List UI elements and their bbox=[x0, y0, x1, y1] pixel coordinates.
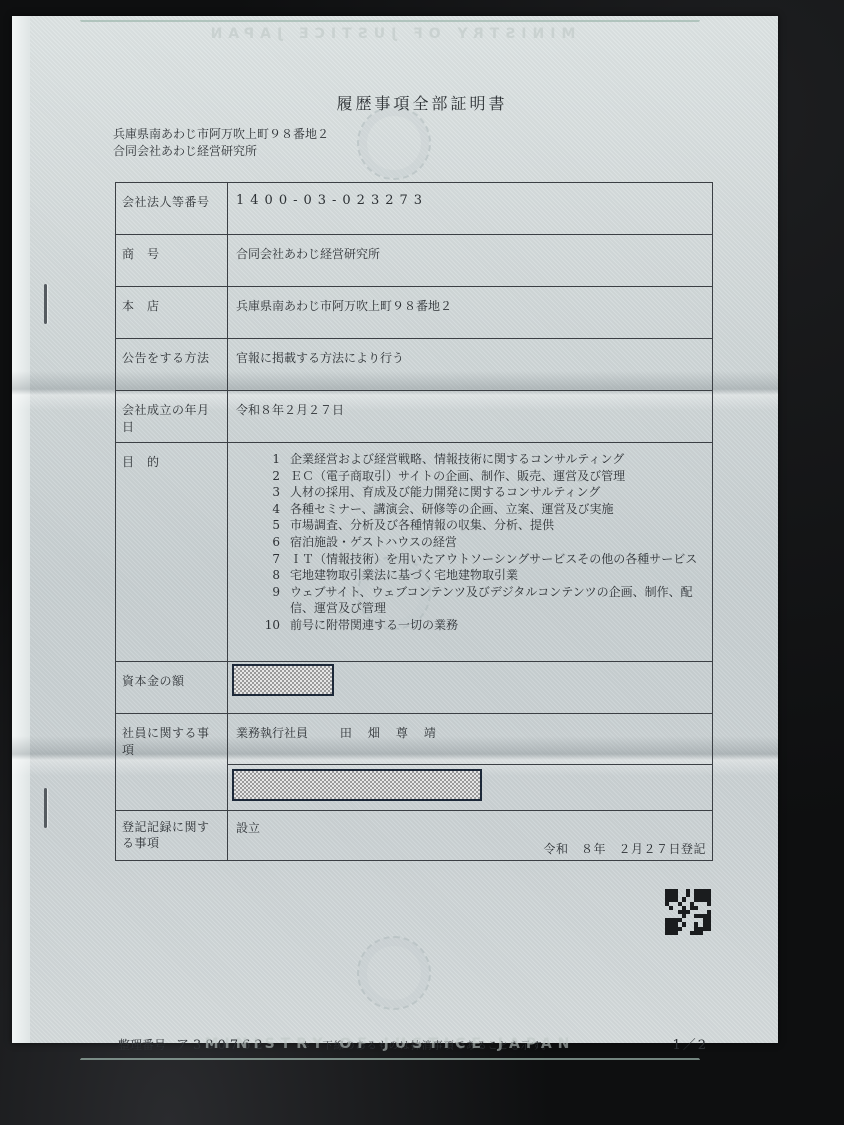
table-row: 会社成立の年月日 令和８年２月２７日 bbox=[116, 391, 713, 443]
table-row: 会社法人等番号 1400-03-023273 bbox=[116, 183, 713, 235]
capital-cell bbox=[228, 662, 713, 714]
member-entry-redacted bbox=[228, 765, 713, 811]
purpose-text: ＩＴ（情報技術）を用いたアウトソーシングサービスその他の各種サービス bbox=[290, 551, 704, 568]
member-entry: 業務執行社員 田 畑 尊 靖 bbox=[228, 714, 713, 765]
purpose-text: 企業経営および経営戦略、情報技術に関するコンサルティング bbox=[290, 451, 704, 468]
purpose-text: 人材の採用、育成及び能力開発に関するコンサルティング bbox=[290, 484, 704, 501]
purpose-item: 7ＩＴ（情報技術）を用いたアウトソーシングサービスその他の各種サービス bbox=[254, 551, 704, 568]
purpose-text: ＥＣ（電子商取引）サイトの企画、制作、販売、運営及び管理 bbox=[290, 468, 704, 485]
registry-value: 設立 bbox=[236, 819, 706, 836]
table-row: 登記記録に関する事項 設立 令和 ８年 ２月２７日登記 bbox=[116, 811, 713, 861]
purpose-text: 前号に附帯関連する一切の業務 bbox=[290, 617, 704, 634]
table-row: 本 店 兵庫県南あわじ市阿万吹上町９８番地２ bbox=[116, 287, 713, 339]
redacted-capital-amount bbox=[232, 664, 334, 696]
purpose-label: 目 的 bbox=[116, 443, 228, 662]
members-label: 社員に関する事項 bbox=[116, 714, 228, 811]
public-notice-value: 官報に掲載する方法により行う bbox=[228, 339, 713, 391]
purpose-number: 4 bbox=[254, 501, 290, 518]
staple-mark bbox=[44, 788, 47, 828]
purpose-item: 6宿泊施設・ゲストハウスの経営 bbox=[254, 534, 704, 551]
purpose-number: 7 bbox=[254, 551, 290, 568]
trade-name-value: 合同会社あわじ経営研究所 bbox=[228, 235, 713, 287]
redacted-member-info bbox=[232, 769, 482, 801]
purpose-item: 8宅地建物取引業法に基づく宅地建物取引業 bbox=[254, 567, 704, 584]
corp-number-value: 1400-03-023273 bbox=[228, 183, 713, 235]
purpose-item: 5市場調査、分析及び各種情報の収集、分析、提供 bbox=[254, 517, 704, 534]
document-title: 履歴事項全部証明書 bbox=[0, 91, 844, 114]
paper-fold-edge bbox=[12, 16, 30, 1043]
registry-date: 令和 ８年 ２月２７日登記 bbox=[236, 840, 706, 857]
purpose-item: 2ＥＣ（電子商取引）サイトの企画、制作、販売、運営及び管理 bbox=[254, 468, 704, 485]
purpose-text: 市場調査、分析及び各種情報の収集、分析、提供 bbox=[290, 517, 704, 534]
table-row: 目 的 1企業経営および経営戦略、情報技術に関するコンサルティング2ＥＣ（電子商… bbox=[116, 443, 713, 662]
purpose-number: 5 bbox=[254, 517, 290, 534]
head-office-value: 兵庫県南あわじ市阿万吹上町９８番地２ bbox=[228, 287, 713, 339]
established-value: 令和８年２月２７日 bbox=[228, 391, 713, 443]
header-address: 兵庫県南あわじ市阿万吹上町９８番地２ bbox=[113, 126, 329, 143]
purpose-item: 1企業経営および経営戦略、情報技術に関するコンサルティング bbox=[254, 451, 704, 468]
purpose-cell: 1企業経営および経営戦略、情報技術に関するコンサルティング2ＥＣ（電子商取引）サ… bbox=[228, 443, 713, 662]
purpose-number: 9 bbox=[254, 584, 290, 617]
established-label: 会社成立の年月日 bbox=[116, 391, 228, 443]
purpose-number: 2 bbox=[254, 468, 290, 485]
purpose-item: 3人材の採用、育成及び能力開発に関するコンサルティング bbox=[254, 484, 704, 501]
purpose-list: 1企業経営および経営戦略、情報技術に関するコンサルティング2ＥＣ（電子商取引）サ… bbox=[236, 451, 704, 634]
corp-number-label: 会社法人等番号 bbox=[116, 183, 228, 235]
trade-name-label: 商 号 bbox=[116, 235, 228, 287]
capital-label: 資本金の額 bbox=[116, 662, 228, 714]
table-row: 公告をする方法 官報に掲載する方法により行う bbox=[116, 339, 713, 391]
purpose-text: 宅地建物取引業法に基づく宅地建物取引業 bbox=[290, 567, 704, 584]
registry-label: 登記記録に関する事項 bbox=[116, 811, 228, 861]
member-name: 田 畑 尊 靖 bbox=[340, 726, 438, 740]
purpose-number: 3 bbox=[254, 484, 290, 501]
purpose-text: ウェブサイト、ウェブコンテンツ及びデジタルコンテンツの企画、制作、配信、運営及び… bbox=[290, 584, 704, 617]
qr-code-icon bbox=[665, 889, 711, 935]
purpose-number: 1 bbox=[254, 451, 290, 468]
table-row: 資本金の額 bbox=[116, 662, 713, 714]
table-row: 商 号 合同会社あわじ経営研究所 bbox=[116, 235, 713, 287]
emblem-watermark bbox=[357, 106, 431, 180]
purpose-text: 宿泊施設・ゲストハウスの経営 bbox=[290, 534, 704, 551]
staple-mark bbox=[44, 284, 47, 324]
header-company: 合同会社あわじ経営研究所 bbox=[113, 143, 329, 160]
member-role: 業務執行社員 bbox=[236, 726, 308, 740]
purpose-item: 4各種セミナー、講演会、研修等の企画、立案、運営及び実施 bbox=[254, 501, 704, 518]
head-office-label: 本 店 bbox=[116, 287, 228, 339]
ministry-banner-bottom: MINISTRY OF JUSTICE JAPAN bbox=[80, 1038, 700, 1060]
registry-table: 会社法人等番号 1400-03-023273 商 号 合同会社あわじ経営研究所 … bbox=[115, 182, 713, 861]
registry-cell: 設立 令和 ８年 ２月２７日登記 bbox=[228, 811, 713, 861]
document-header: 兵庫県南あわじ市阿万吹上町９８番地２ 合同会社あわじ経営研究所 bbox=[113, 126, 329, 160]
purpose-item: 9ウェブサイト、ウェブコンテンツ及びデジタルコンテンツの企画、制作、配信、運営及… bbox=[254, 584, 704, 617]
emblem-watermark bbox=[357, 936, 431, 1010]
table-row: 社員に関する事項 業務執行社員 田 畑 尊 靖 bbox=[116, 714, 713, 765]
purpose-text: 各種セミナー、講演会、研修等の企画、立案、運営及び実施 bbox=[290, 501, 704, 518]
purpose-item: 10前号に附帯関連する一切の業務 bbox=[254, 617, 704, 634]
purpose-number: 10 bbox=[254, 617, 290, 634]
public-notice-label: 公告をする方法 bbox=[116, 339, 228, 391]
purpose-number: 8 bbox=[254, 567, 290, 584]
ministry-banner-top: MINISTRY OF JUSTICE JAPAN bbox=[80, 20, 700, 42]
purpose-number: 6 bbox=[254, 534, 290, 551]
